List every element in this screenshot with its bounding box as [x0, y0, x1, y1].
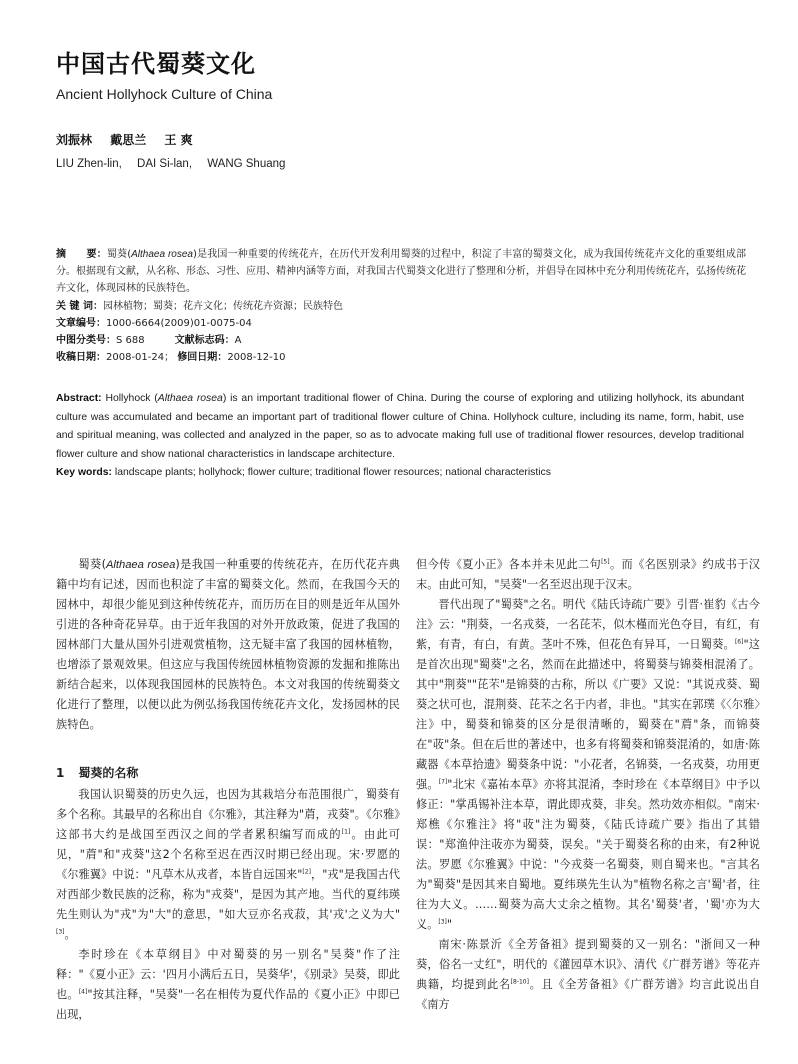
- keywords-en: Key words: landscape plants; hollyhock; …: [56, 464, 744, 483]
- authors-en: LIU Zhen-lin, DAI Si-lan, WANG Shuang: [56, 158, 297, 170]
- title-cn: 中国古代蜀葵文化: [56, 44, 256, 79]
- body-column-right: 但今传《夏小正》各本并未见此二句[5]。而《名医别录》约成书于汉末。由此可知，"…: [416, 555, 760, 1015]
- body-column-left: 蜀葵(Althaea rosea)是我国一种重要的传统花卉，在历代花卉典籍中均有…: [56, 555, 400, 1025]
- abstract-en-body: Abstract: Hollyhock (Althaea rosea) is a…: [56, 390, 744, 464]
- citation-ref[interactable]: [2]: [302, 868, 311, 875]
- dates: 收稿日期：2008-01-24； 修回日期：2008-12-10: [56, 349, 746, 366]
- title-en: Ancient Hollyhock Culture of China: [56, 86, 272, 102]
- paragraph-4: 南宋·陈景沂《全芳备祖》提到蜀葵的又一别名："浙间又一种葵，俗名一丈红"，明代的…: [416, 935, 760, 1015]
- keywords-cn-label: 关 键 词：: [56, 301, 103, 312]
- article-number: 文章编号：1000-6664(2009)01-0075-04: [56, 315, 746, 332]
- species-name: Althaea rosea: [131, 249, 193, 260]
- citation-ref[interactable]: [5]: [601, 558, 610, 565]
- citation-ref[interactable]: [8-10]: [511, 978, 529, 985]
- citation-ref[interactable]: [1]: [342, 828, 351, 835]
- paragraph-2-start: 李时珍在《本草纲目》中对蜀葵的另一别名"吴葵"作了注释："《夏小正》云：'四月小…: [56, 945, 400, 1025]
- author-en-3: WANG Shuang: [207, 158, 285, 170]
- abstract-cn: 摘 要：蜀葵(Althaea rosea)是我国一种重要的传统花卉，在历代开发利…: [56, 246, 746, 298]
- paragraph-2-continued: 但今传《夏小正》各本并未见此二句[5]。而《名医别录》约成书于汉末。由此可知，"…: [416, 555, 760, 595]
- author-cn-1: 刘振林: [56, 133, 92, 147]
- abstract-en: Abstract: Hollyhock (Althaea rosea) is a…: [56, 390, 744, 483]
- section-heading-1: 1蜀葵的名称: [56, 763, 400, 783]
- paragraph-3: 晋代出现了"蜀葵"之名。明代《陆氏诗疏广要》引晋·崔豹《古今注》云："荆葵，一名…: [416, 595, 760, 935]
- citation-ref[interactable]: [3]: [438, 918, 447, 925]
- abstract-cn-label: 摘 要：: [56, 249, 107, 260]
- author-en-2: DAI Si-lan,: [137, 158, 192, 170]
- author-cn-2: 戴思兰: [110, 133, 146, 147]
- article-meta: 摘 要：蜀葵(Althaea rosea)是我国一种重要的传统花卉，在历代开发利…: [56, 246, 746, 366]
- keywords-cn: 关 键 词：园林植物；蜀葵；花卉文化；传统花卉资源；民族特色: [56, 298, 746, 315]
- author-en-1: LIU Zhen-lin,: [56, 158, 122, 170]
- citation-ref[interactable]: [3]: [56, 928, 65, 935]
- authors-cn: 刘振林 戴思兰 王 爽: [56, 131, 207, 148]
- author-cn-3: 王 爽: [164, 133, 192, 147]
- classification: 中图分类号：S 688文献标志码：A: [56, 332, 746, 349]
- paragraph-1: 我国认识蜀葵的历史久远，也因为其栽培分布范围很广，蜀葵有多个名称。其最早的名称出…: [56, 785, 400, 945]
- intro-paragraph: 蜀葵(Althaea rosea)是我国一种重要的传统花卉，在历代花卉典籍中均有…: [56, 555, 400, 735]
